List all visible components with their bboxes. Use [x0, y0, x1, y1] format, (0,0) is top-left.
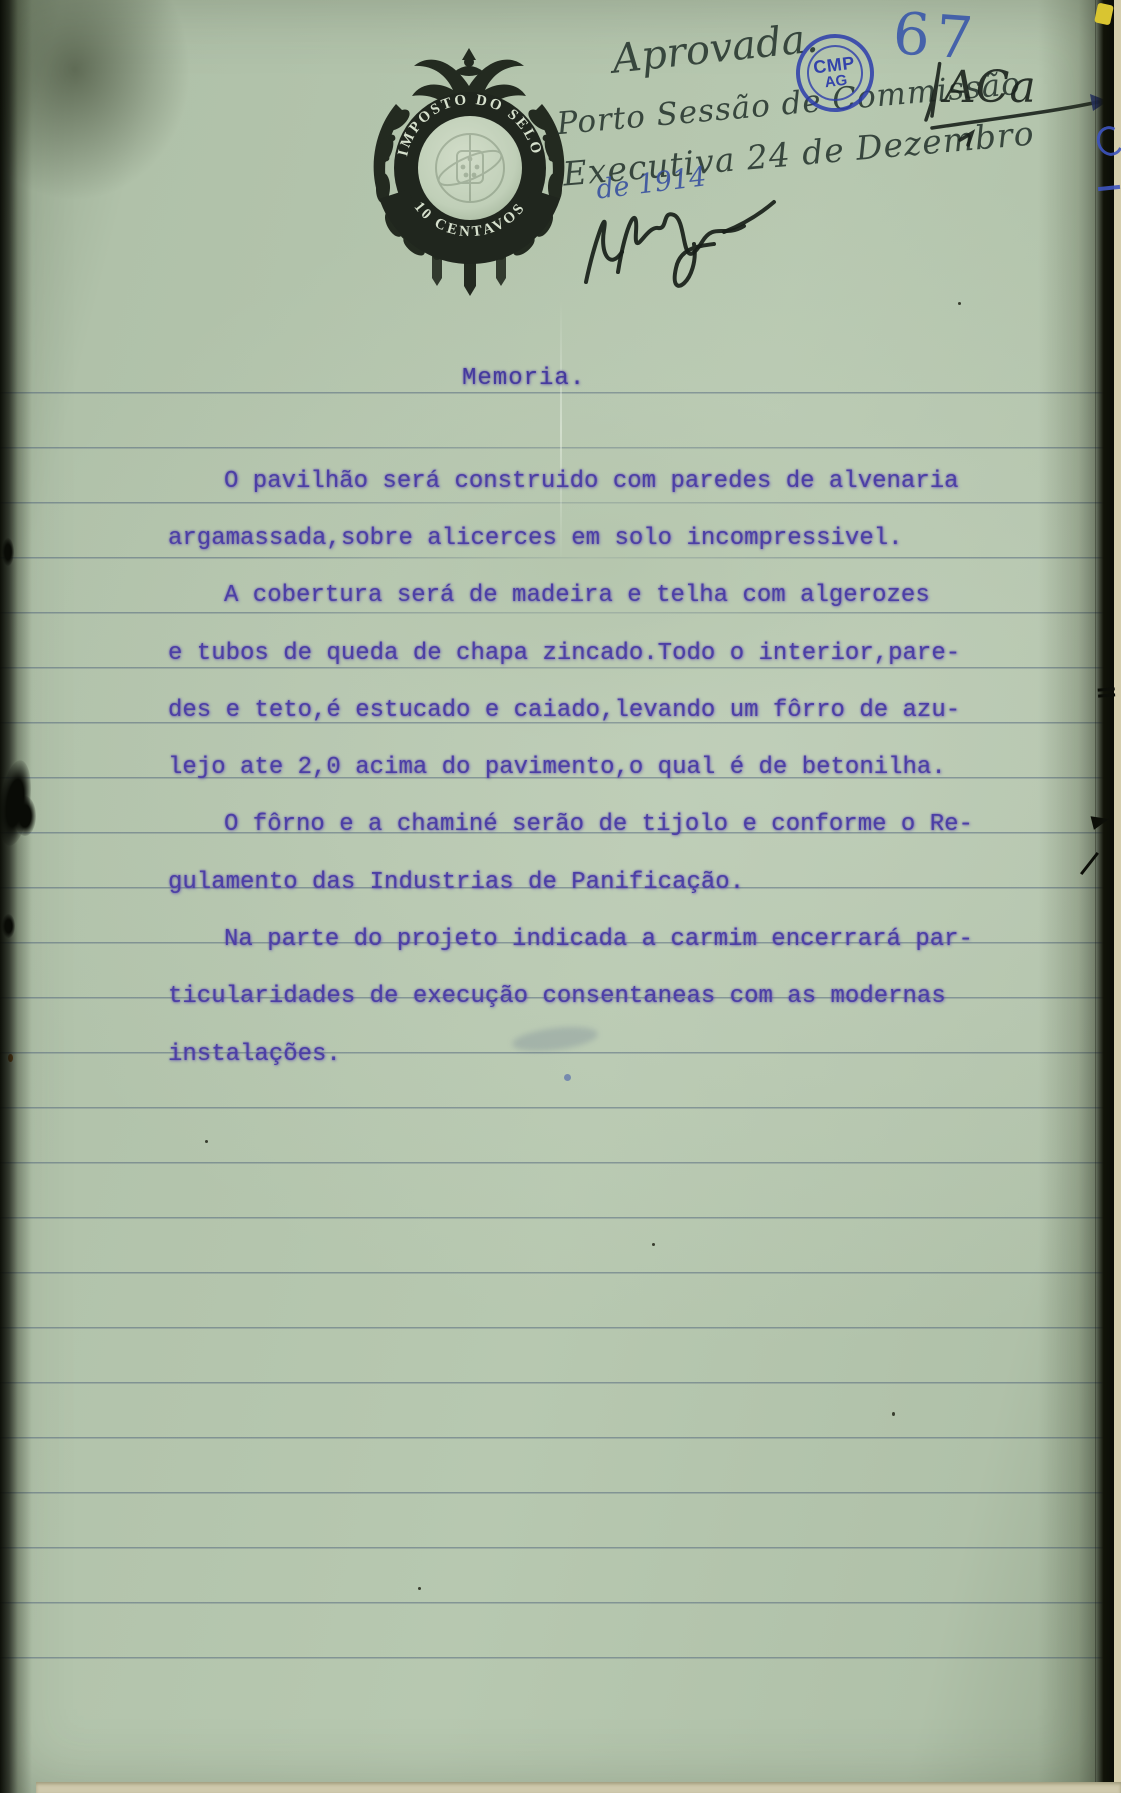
right-edge-shadow: [1038, 0, 1096, 1793]
memo-line: O pavilhão será construido com paredes d…: [224, 468, 1084, 496]
memo-line: O fôrno e a chaminé serão de tijolo e co…: [224, 811, 1084, 839]
binding-ink-blob: [2, 914, 15, 938]
memo-line: Na parte do projeto indicada a carmim en…: [224, 926, 1084, 954]
memo-line: e tubos de queda de chapa zincado.Todo o…: [168, 640, 1028, 668]
memo-line: lejo ate 2,0 acima do pavimento,o qual é…: [168, 754, 1028, 782]
paper-speck: [958, 302, 961, 305]
memo-line: des e teto,é estucado e caiado,levando u…: [168, 697, 1028, 725]
margin-equals-mark: [1098, 687, 1116, 699]
binding-edge: [0, 0, 32, 1793]
memo-line: A cobertura será de madeira e telha com …: [224, 582, 1084, 610]
right-page-gutter: [1095, 0, 1114, 1793]
paper-speck: [205, 1140, 208, 1143]
document-scan-page: IMPOSTO DO SELO 10 CENTAVOS Aprovada. Po…: [0, 0, 1121, 1793]
cmp-ag-stamp-inner: CMP AG: [804, 42, 866, 104]
ag-label: AG: [824, 73, 848, 92]
memo-line: gulamento das Industrias de Panificação.: [168, 869, 1028, 897]
paper-speck: [892, 1412, 895, 1416]
paper-speck: [418, 1587, 421, 1590]
next-page-edge: [1114, 0, 1121, 1793]
memo-title: Memoria.: [462, 365, 585, 392]
binding-ink-blob: [2, 538, 14, 566]
paper-crease: [560, 300, 562, 560]
memo-line: argamassada,sobre alicerces em solo inco…: [168, 525, 1028, 553]
paper-speck: [652, 1243, 655, 1246]
memo-line: instalações.: [168, 1041, 1028, 1069]
memo-line: ticularidades de execução consentaneas c…: [168, 983, 1028, 1011]
ink-dot: [564, 1074, 571, 1081]
signature-icon: [572, 186, 782, 298]
handwriting-approval: Aprovada.: [610, 15, 820, 82]
binding-ink-blob: [14, 796, 36, 836]
ruled-lines-fade: [240, 380, 940, 740]
bottom-page-edge: [36, 1782, 1121, 1793]
svg-text:ACa: ACa: [940, 62, 1036, 113]
fiscal-stamp-icon: IMPOSTO DO SELO 10 CENTAVOS: [358, 46, 580, 298]
